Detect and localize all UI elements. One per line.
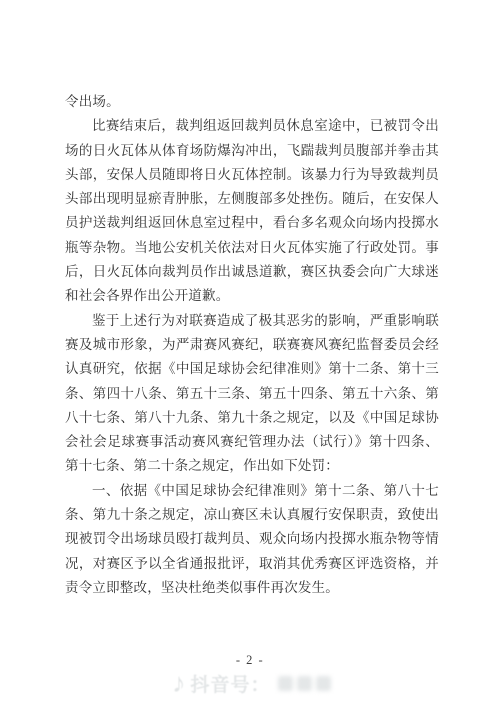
page-number: - 2 - — [0, 653, 500, 668]
watermark-smudge — [297, 676, 312, 691]
watermark: ♪ 抖音号： — [172, 670, 331, 697]
paragraph-incident-description: 比赛结束后，裁判组返回裁判员休息室途中，已被罚令出场的日火瓦体从体育场防爆沟冲出… — [65, 114, 439, 308]
watermark-smudge — [278, 676, 293, 691]
watermark-handle-blurred — [278, 676, 331, 691]
tiktok-note-icon: ♪ — [172, 670, 186, 697]
document-page: 令出场。 比赛结束后，裁判组返回裁判员休息室途中，已被罚令出场的日火瓦体从体育场… — [0, 0, 500, 707]
watermark-smudge — [316, 676, 331, 691]
paragraph-continuation: 令出场。 — [65, 90, 439, 114]
paragraph-punishment-item-1: 一、依据《中国足球协会纪律准则》第十二条、第八十七条、第九十条之规定，凉山赛区未… — [65, 479, 439, 600]
paragraph-ruling-basis: 鉴于上述行为对联赛造成了极其恶劣的影响，严重影响联赛及城市形象，为严肃赛风赛纪，… — [65, 309, 439, 479]
document-body: 令出场。 比赛结束后，裁判组返回裁判员休息室途中，已被罚令出场的日火瓦体从体育场… — [65, 90, 439, 600]
watermark-label: 抖音号： — [191, 670, 271, 697]
